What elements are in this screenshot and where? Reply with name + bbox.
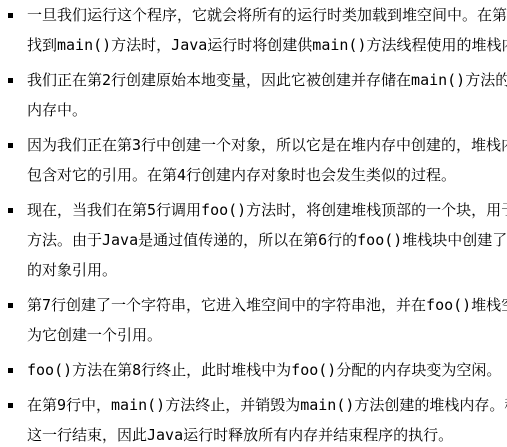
text-line: 为它创建一个引用。 [27, 320, 507, 350]
text-line: 的对象引用。 [27, 255, 507, 285]
bullet-item: 我们正在第2行创建原始本地变量，因此它被创建并存储在main()方法的堆栈 内存… [27, 65, 507, 125]
text-line: foo()方法在第8行终止，此时堆栈中为foo()分配的内存块变为空闲。 [27, 355, 507, 385]
bullet-item: 一旦我们运行这个程序，它就会将所有的运行时类加载到堆空间中。在第1行 找到mai… [27, 0, 507, 60]
text-line: 在第9行中，main()方法终止，并销毁为main()方法创建的堆栈内存。程序在 [27, 390, 507, 420]
bullet-icon [8, 13, 13, 18]
bullet-item: 现在，当我们在第5行调用foo()方法时，将创建堆栈顶部的一个块，用于foo 方… [27, 195, 507, 285]
text-line: 包含对它的引用。在第4行创建内存对象时也会发生类似的过程。 [27, 160, 507, 190]
bullet-icon [8, 78, 13, 83]
bullet-item: 在第9行中，main()方法终止，并销毁为main()方法创建的堆栈内存。程序在… [27, 390, 507, 447]
text-line: 方法。由于Java是通过值传递的，所以在第6行的foo()堆栈块中创建了一个新 [27, 225, 507, 255]
text-line: 因为我们正在第3行中创建一个对象，所以它是在堆内存中创建的，堆栈内存 [27, 130, 507, 160]
bullet-icon [8, 303, 13, 308]
bullet-icon [8, 143, 13, 148]
document: 一旦我们运行这个程序，它就会将所有的运行时类加载到堆空间中。在第1行 找到mai… [0, 0, 507, 447]
bullet-item: foo()方法在第8行终止，此时堆栈中为foo()分配的内存块变为空闲。 [27, 355, 507, 385]
text-line: 我们正在第2行创建原始本地变量，因此它被创建并存储在main()方法的堆栈 [27, 65, 507, 95]
bullet-icon [8, 208, 13, 213]
bullet-item: 因为我们正在第3行中创建一个对象，所以它是在堆内存中创建的，堆栈内存 包含对它的… [27, 130, 507, 190]
text-line: 现在，当我们在第5行调用foo()方法时，将创建堆栈顶部的一个块，用于foo [27, 195, 507, 225]
text-line: 第7行创建了一个字符串，它进入堆空间中的字符串池，并在foo()堆栈空间中 [27, 290, 507, 320]
bullet-icon [8, 403, 13, 408]
text-line: 这一行结束，因此Java运行时释放所有内存并结束程序的执行。 [27, 420, 507, 447]
bullet-item: 第7行创建了一个字符串，它进入堆空间中的字符串池，并在foo()堆栈空间中 为它… [27, 290, 507, 350]
text-line: 内存中。 [27, 95, 507, 125]
text-line: 一旦我们运行这个程序，它就会将所有的运行时类加载到堆空间中。在第1行 [27, 0, 507, 30]
bullet-icon [8, 368, 13, 373]
text-line: 找到main()方法时，Java运行时将创建供main()方法线程使用的堆栈内存… [27, 30, 507, 60]
